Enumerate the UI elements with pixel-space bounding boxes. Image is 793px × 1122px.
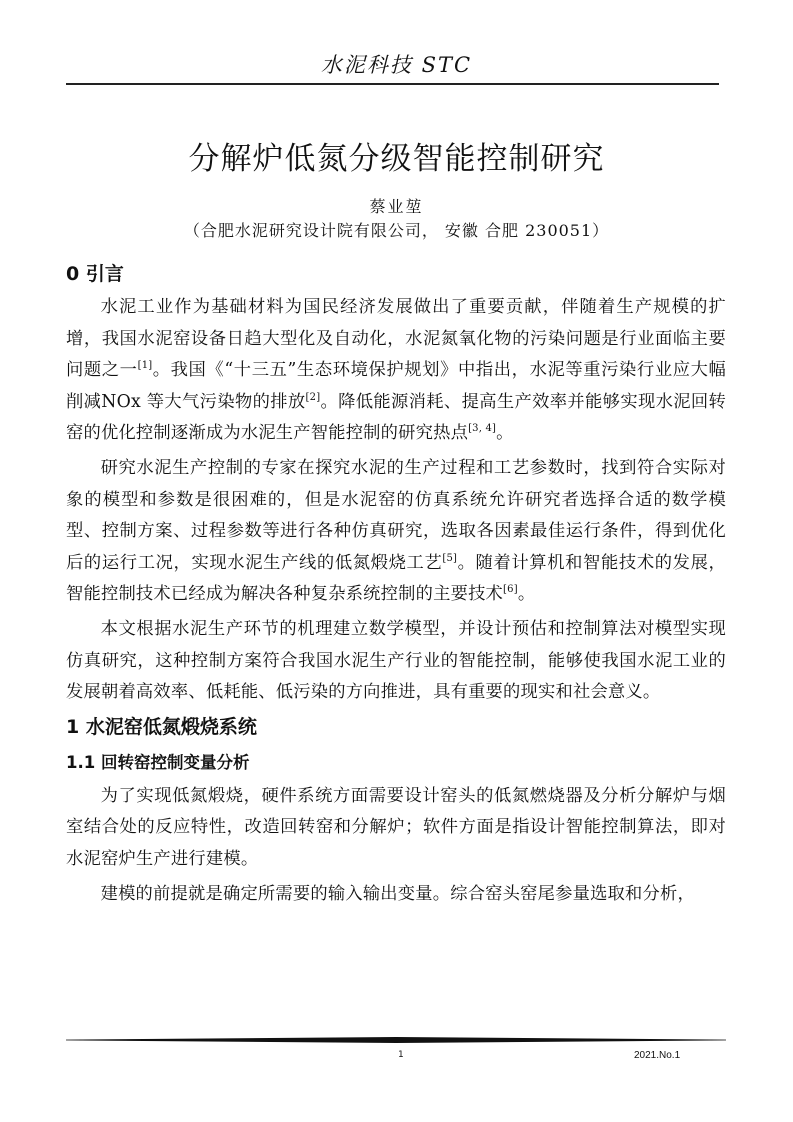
intro-paragraph-3: 本文根据水泥生产环节的机理建立数学模型，并设计预估和控制算法对模型实现仿真研究，…	[66, 614, 726, 709]
section-1-1-paragraph-1: 为了实现低氮煅烧，硬件系统方面需要设计窑头的低氮燃烧器及分析分解炉与烟室结合处的…	[66, 781, 726, 876]
article-body: 0 引言 水泥工业作为基础材料为国民经济发展做出了重要贡献，伴随着生产规模的扩增…	[66, 256, 726, 910]
citation-ref: [5]	[442, 553, 457, 564]
author-name: 蔡业堃	[0, 194, 793, 217]
citation-ref: [2]	[306, 392, 321, 403]
text-run: 。	[496, 423, 513, 443]
page-number: 1	[398, 1050, 404, 1060]
footer-divider	[66, 1037, 726, 1043]
author-affiliation: （合肥水泥研究设计院有限公司， 安徽 合肥 230051）	[0, 218, 793, 241]
citation-ref: [1]	[138, 360, 153, 371]
issue-number: 2021.No.1	[634, 1050, 680, 1061]
section-heading-intro: 0 引言	[66, 256, 726, 292]
citation-ref: [6]	[503, 584, 518, 595]
intro-paragraph-2: 研究水泥生产控制的专家在探究水泥的生产过程和工艺参数时，找到符合实际对象的模型和…	[66, 453, 726, 611]
section-1-1-paragraph-2: 建模的前提就是确定所需要的输入输出变量。综合窑头窑尾参量选取和分析，	[66, 879, 726, 911]
text-run: 。	[518, 584, 535, 604]
subsection-heading-1-1: 1.1 回转窑控制变量分析	[66, 745, 726, 781]
journal-header: 水泥科技 STC	[0, 49, 793, 79]
citation-ref: [3, 4]	[468, 423, 496, 434]
intro-paragraph-1: 水泥工业作为基础材料为国民经济发展做出了重要贡献，伴随着生产规模的扩增，我国水泥…	[66, 292, 726, 450]
header-divider	[66, 83, 719, 85]
section-heading-1: 1 水泥窑低氮煅烧系统	[66, 709, 726, 745]
article-title: 分解炉低氮分级智能控制研究	[0, 133, 793, 178]
